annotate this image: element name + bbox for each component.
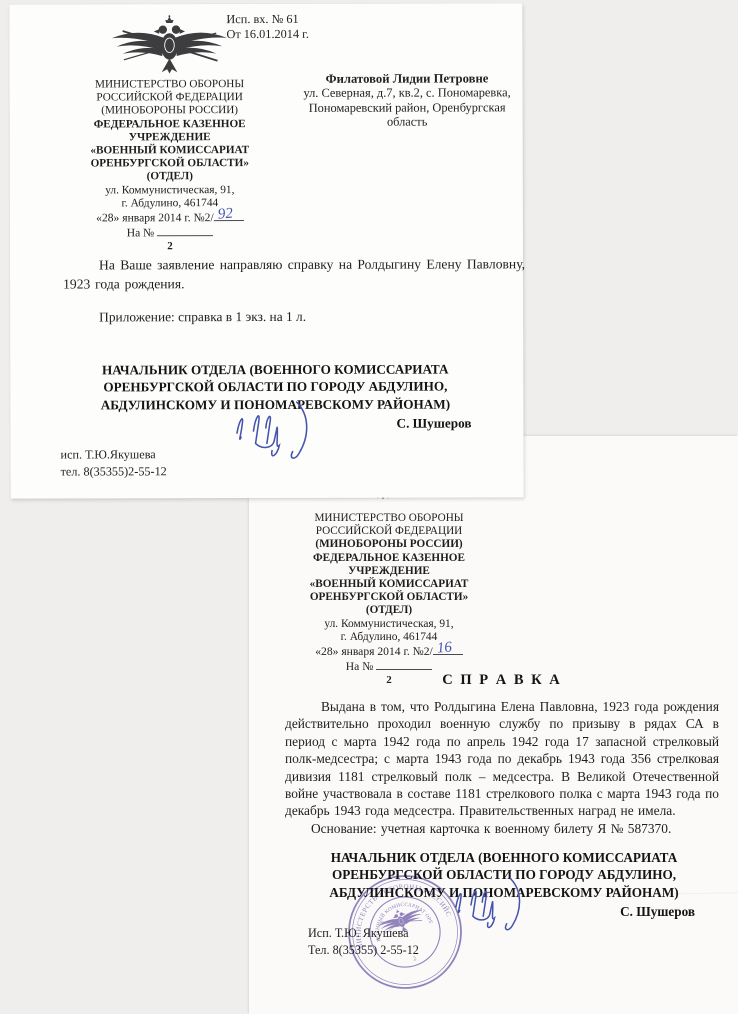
org-line: ОРЕНБУРГСКОЙ ОБЛАСТИ» <box>269 591 509 604</box>
date-prefix: «28» января 2014 г. №2/ <box>315 645 433 658</box>
org-address-line: ул. Коммунистическая, 91, <box>269 618 509 631</box>
incoming-ref-number: Исп. вх. № 61 <box>226 12 309 27</box>
executor-phone: тел. 8(35355)2-55-12 <box>61 463 167 480</box>
signer-title-line: НАЧАЛЬНИК ОТДЕЛА (ВОЕННОГО КОМИССАРИАТА <box>65 360 485 379</box>
certificate-title: С П Р А В К А <box>285 672 719 689</box>
addressee-name: Филатовой Лидии Петровне <box>290 71 525 86</box>
signer-title-line: ОРЕНБУРГСКОЙ ОБЛАСТИ ПО ГОРОДУ АБДУЛИНО, <box>65 378 485 397</box>
org-line: (ОТДЕЛ) <box>40 170 300 184</box>
document-letter: Исп. вх. № 61 От 16.01.2014 г. МИНИСТЕРС… <box>9 3 523 498</box>
org-line: ОРЕНБУРГСКОЙ ОБЛАСТИ» <box>40 157 300 171</box>
handwritten-outgoing-number: 92 <box>217 206 233 222</box>
blank-underline <box>157 235 213 236</box>
addressee-block: Филатовой Лидии Петровне ул. Северная, д… <box>290 71 525 129</box>
certificate-letterhead: МИНИСТЕРСТВО ОБОРОНЫ РОССИЙСКОЙ ФЕДЕРАЦИ… <box>269 512 509 688</box>
org-line: МИНИСТЕРСТВО ОБОРОНЫ <box>40 78 300 92</box>
org-line: ФЕДЕРАЛЬНОЕ КАЗЕННОЕ <box>40 118 300 132</box>
blank-underline <box>376 669 432 670</box>
org-address-line: ул. Коммунистическая, 91, <box>40 184 300 198</box>
executor-name: Исп. Т.Ю. Якушева <box>308 925 419 942</box>
scanned-page: МИНИСТЕРСТВО ОБОРОНЫ РОССИЙСКОЙ ФЕДЕРАЦИ… <box>0 0 738 1014</box>
org-line: (ОТДЕЛ) <box>269 604 509 617</box>
incoming-ref-date: От 16.01.2014 г. <box>226 26 309 41</box>
handwritten-signature <box>444 873 529 935</box>
date-and-number-line: «28» января 2014 г. №2/92 <box>40 211 300 225</box>
org-line: ФЕДЕРАЛЬНОЕ КАЗЕННОЕ <box>269 552 509 565</box>
org-line: РОССИЙСКОЙ ФЕДЕРАЦИИ <box>269 525 509 538</box>
org-line: (МИНОБОРОНЫ РОССИИ) <box>40 104 300 118</box>
org-line: «ВОЕННЫЙ КОМИССАРИАТ <box>40 144 300 158</box>
handwritten-outgoing-number: 16 <box>436 640 452 656</box>
org-line: (МИНОБОРОНЫ РОССИИ) <box>269 538 509 551</box>
executor-phone: Тел. 8(35355) 2-55-12 <box>308 942 419 959</box>
handwritten-signature <box>215 396 325 464</box>
org-address-line: г. Абдулино, 461744 <box>269 631 509 644</box>
org-line: УЧРЕЖДЕНИЕ <box>269 565 509 578</box>
org-line: МИНИСТЕРСТВО ОБОРОНЫ <box>269 512 509 525</box>
certificate-executor-block: Исп. Т.Ю. Якушева Тел. 8(35355) 2-55-12 <box>308 925 419 958</box>
addressee-address-line: область <box>290 115 525 130</box>
date-prefix: «28» января 2014 г. №2/ <box>96 211 214 224</box>
addressee-address-line: ул. Северная, д.7, кв.2, с. Пономаревка, <box>290 86 525 101</box>
letter-executor-block: исп. Т.Ю.Якушева тел. 8(35355)2-55-12 <box>61 446 167 479</box>
letter-body: На Ваше заявление направляю справку на Р… <box>63 255 525 293</box>
org-line: УЧРЕЖДЕНИЕ <box>40 131 300 145</box>
addressee-address-line: Пономаревский район, Оренбургская <box>290 100 525 115</box>
form-number: 2 <box>40 240 300 254</box>
certificate-body: Выдана в том, что Ролдыгина Елена Павлов… <box>285 698 719 837</box>
reference-block: Исп. вх. № 61 От 16.01.2014 г. <box>226 12 309 41</box>
na-no-label: На № <box>127 227 155 240</box>
letter-letterhead: МИНИСТЕРСТВО ОБОРОНЫ РОССИЙСКОЙ ФЕДЕРАЦИ… <box>40 78 300 254</box>
na-no-line: На № <box>40 226 300 240</box>
certificate-basis-line: Основание: учетная карточка к военному б… <box>285 820 719 837</box>
date-and-number-line: «28» января 2014 г. №2/16 <box>269 645 509 658</box>
org-line: РОССИЙСКОЙ ФЕДЕРАЦИИ <box>40 91 300 105</box>
signer-title-line: НАЧАЛЬНИК ОТДЕЛА (ВОЕННОГО КОМИССАРИАТА <box>299 849 709 866</box>
document-certificate: МИНИСТЕРСТВО ОБОРОНЫ РОССИЙСКОЙ ФЕДЕРАЦИ… <box>249 436 738 1014</box>
number-underline: 16 <box>433 654 463 655</box>
org-address-line: г. Абдулино, 461744 <box>40 197 300 211</box>
certificate-body-paragraph: Выдана в том, что Ролдыгина Елена Павлов… <box>285 698 719 820</box>
number-underline: 92 <box>214 220 244 221</box>
mod-eagle-emblem <box>109 14 229 76</box>
executor-name: исп. Т.Ю.Якушева <box>61 446 167 463</box>
org-line: «ВОЕННЫЙ КОМИССАРИАТ <box>269 578 509 591</box>
attachment-line: Приложение: справка в 1 экз. на 1 л. <box>63 309 306 326</box>
